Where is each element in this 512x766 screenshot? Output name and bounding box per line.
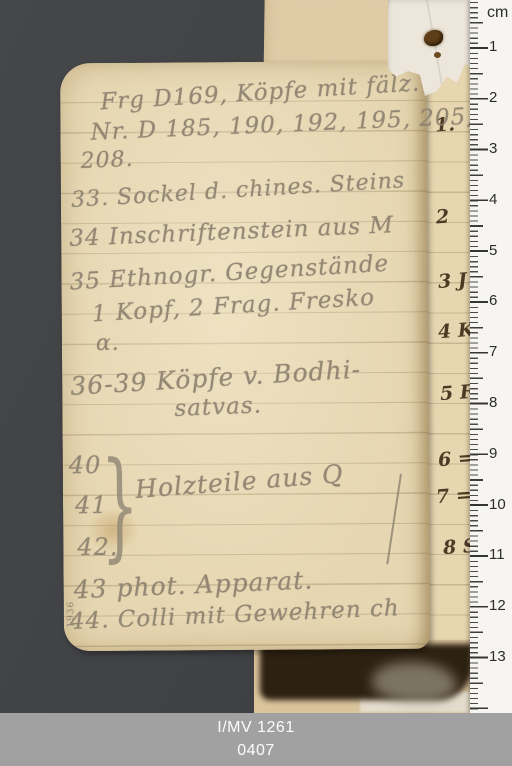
group-brace: } [101, 441, 139, 569]
handwriting-line: 208. [80, 147, 134, 174]
handwriting-line: Holzteile aus Q [134, 459, 344, 504]
ruler-number: 4 [489, 191, 497, 208]
ruler-number: 9 [489, 445, 497, 462]
ruler-number: 1 [489, 38, 497, 55]
ruler-number: 8 [489, 394, 497, 411]
shadow-blotch [372, 662, 456, 702]
ruler-number: 11 [489, 546, 505, 563]
ruler-number: 10 [489, 496, 506, 513]
ink-entry: 3 J [437, 269, 467, 293]
ruler-number: 6 [489, 292, 497, 309]
handwriting-line: 33. Sockel d. chines. Steins [70, 168, 405, 213]
handwriting-line: 34 Inschriftenstein aus M [69, 212, 395, 252]
ink-entry: 2 [435, 206, 450, 229]
ruler-number: 7 [489, 343, 497, 360]
year-note: 1936 [66, 601, 76, 628]
notebook-page: Frg D169, Köpfe mit fälz. Nr. D 185, 190… [60, 61, 430, 652]
caption-bar: I/MV 1261 0407 [0, 713, 512, 766]
page-scan-number: 0407 [237, 741, 275, 762]
ink-entry: 5 F [439, 381, 474, 405]
ruler-ticks-cm [470, 47, 488, 711]
ruler-number: 12 [489, 597, 506, 614]
ruler-number: 5 [489, 242, 497, 259]
ink-entry: 7 = [435, 484, 472, 508]
ruler-number: 3 [489, 140, 497, 157]
paper-hole-small [434, 52, 441, 58]
ruler-unit-label: cm [487, 4, 508, 22]
paper-hole [424, 30, 443, 46]
ruler-number: 2 [489, 89, 497, 106]
handwriting-line: satvas. [174, 392, 263, 422]
group-item-number: 40 [69, 451, 102, 479]
catalog-number: I/MV 1261 [217, 718, 294, 739]
ruler-number: 13 [489, 648, 506, 665]
ink-entry: 6 = [437, 447, 474, 471]
ruler: cm 12345678910111213 [470, 0, 512, 713]
pencil-stroke [386, 473, 402, 564]
archive-photo: 1. 2 3 J 4 K 5 F 6 = 7 = 8 S Frg D169, K… [0, 0, 512, 766]
handwriting-line: α. [96, 331, 120, 356]
